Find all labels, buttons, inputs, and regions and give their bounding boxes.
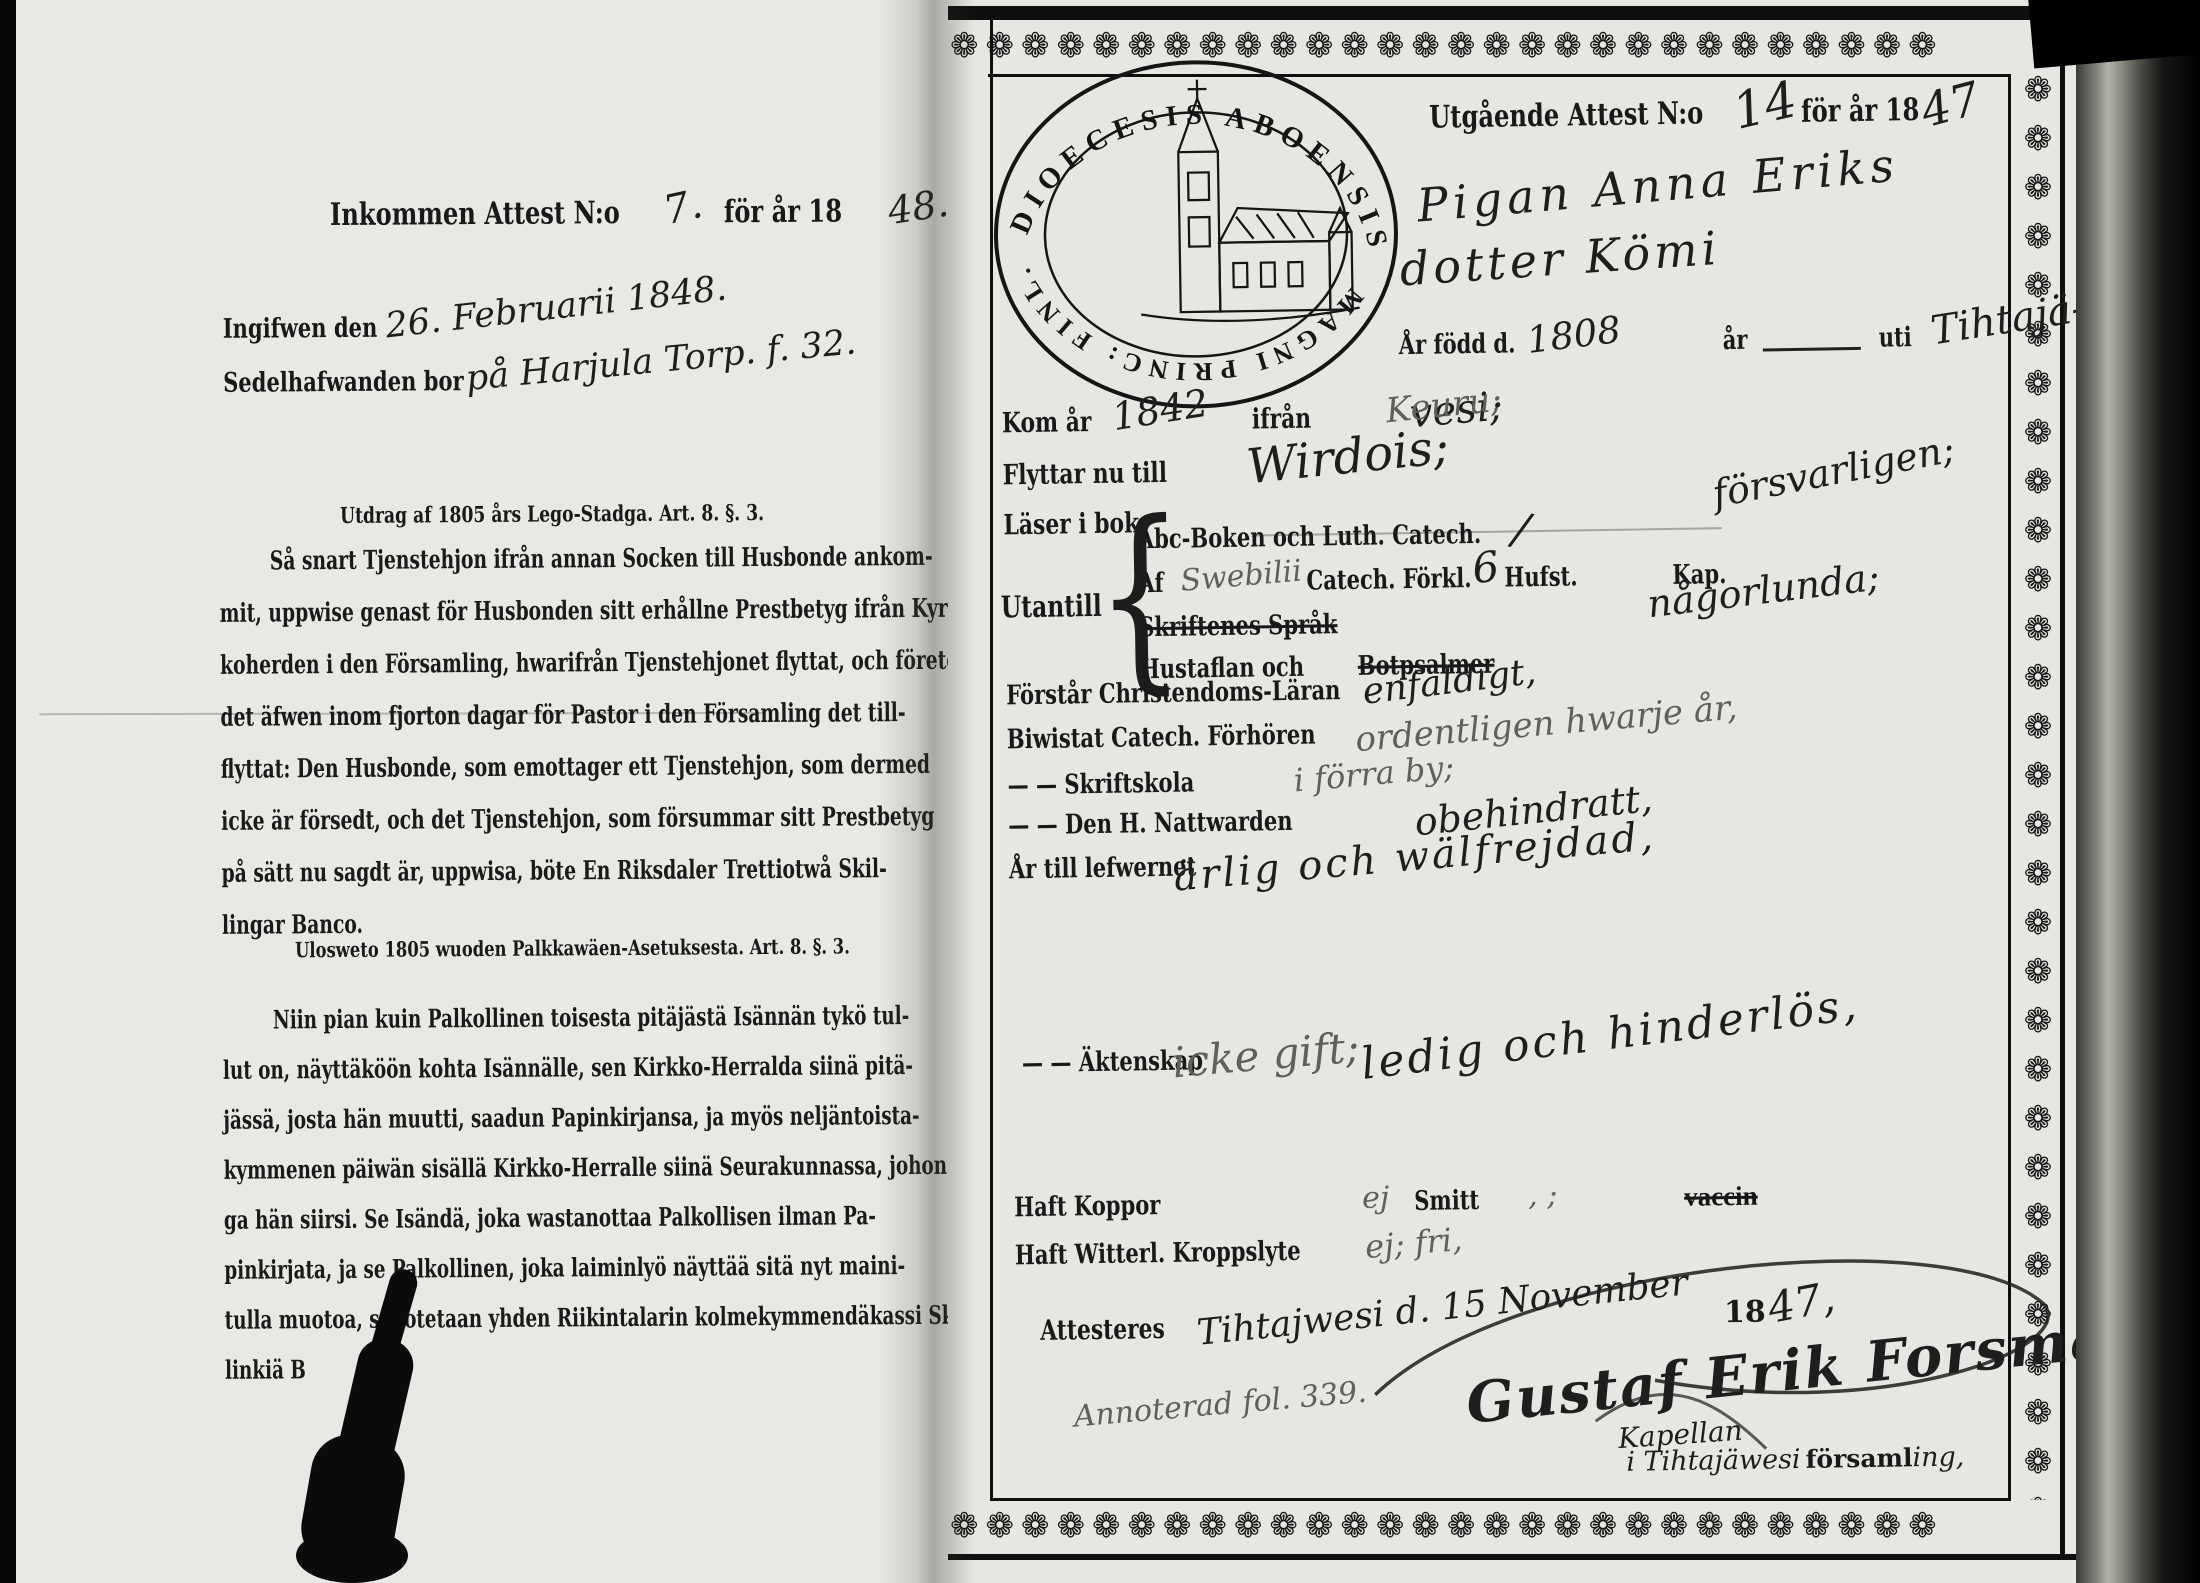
annotation-note: Annoterad fol. 339. — [1072, 1375, 1368, 1435]
ingifwen-label: Ingifwen den — [223, 313, 378, 345]
marriage-value-1: icke gift; — [1170, 1022, 1361, 1087]
marriage-value-2: ledig och hinderlös, — [1358, 979, 1862, 1090]
inkommen-attest-label: Inkommen Attest N:o — [330, 195, 620, 233]
born-year-value: 1808 — [1524, 308, 1623, 362]
came-from-word: ifrån — [1252, 402, 1312, 436]
diocese-seal: DIOECESIS ABOENSIS. MAGNI PRINC: FINL. — [978, 36, 1414, 433]
law-text-line: på sätt nu sagdt är, uppwisa, böte En Ri… — [221, 844, 783, 900]
law-sv-paragraph: Så snart Tjenstehjon ifrån annan Socken … — [219, 532, 783, 952]
utantill-item2-suffix: Hufst. — [1504, 561, 1578, 593]
law-text-line: flyttat: Den Husbonde, som emottager ett… — [221, 740, 783, 796]
inkommen-attest-year-label: för år 18 — [724, 193, 842, 230]
row-catech-label: Biwistat Catech. Förhören — [1007, 720, 1316, 756]
residence-label: Sedelhafwanden bor — [223, 366, 464, 399]
utantill-item3-struck: Skriftenes Språk — [1139, 609, 1338, 643]
law-text-line: icke är försedt, och det Tjenstehjon, so… — [221, 792, 783, 848]
born-year-word: år — [1722, 325, 1747, 356]
came-label: Kom år — [1002, 405, 1092, 439]
book-right-edge — [2076, 0, 2200, 1583]
svg-text:MAGNI PRINC: FINL.: MAGNI PRINC: FINL. — [1004, 253, 1370, 390]
utgaende-attest-label: Utgående Attest N:o — [1429, 95, 1704, 135]
law-text-line: ga hän siirsi. Se Isändä, joka wastanott… — [224, 1192, 793, 1246]
pox-smitt-label: Smitt — [1414, 1185, 1479, 1217]
law-fi-paragraph: Niin pian kuin Palkollinen toisesta pitä… — [222, 992, 794, 1396]
law-text-line: Niin pian kuin Palkollinen toisesta pitä… — [222, 992, 791, 1046]
person-name-line1: Pigan Anna Eriks — [1415, 138, 1901, 233]
utgaende-attest-year: 47 — [1915, 71, 1985, 138]
row-skriftskola-value: i förra by; — [1292, 748, 1455, 800]
law-text-line: linkiä B — [225, 1342, 794, 1396]
utantill-item2-number: 6 — [1469, 541, 1501, 593]
born-dash — [1763, 347, 1861, 351]
law-text-line: pinkirjata, ja se Palkollinen, joka laim… — [224, 1242, 793, 1296]
born-uti-word: uti — [1878, 322, 1912, 354]
inkommen-attest-year: 48. — [885, 181, 951, 233]
ink-smudge-blob — [296, 1528, 408, 1583]
row-nattwarden-label: — — Den H. Nattwarden — [1008, 806, 1293, 841]
utgaende-attest-number: 14 — [1727, 70, 1802, 141]
residence-value: på Harjula Torp. f. 32. — [464, 322, 858, 399]
utantill-item1: Abc-Boken och Luth. Catech. — [1138, 519, 1482, 555]
seal-top-text: DIOECESIS ABOENSIS. — [978, 36, 1396, 264]
pox-vaccin-struck: vaccin — [1684, 1181, 1758, 1213]
pox-label: Haft Koppor — [1014, 1190, 1161, 1223]
law-text-line: mit, uppwise genast för Husbonden sitt e… — [220, 584, 782, 640]
law-text-line: jässä, josta hän muutti, saadun Papinkir… — [223, 1092, 792, 1146]
law-text-line: koherden i den Församling, hwarifrån Tje… — [220, 636, 782, 692]
certificate-page: ❁❁❁❁❁❁❁❁❁❁❁❁❁❁❁❁❁❁❁❁❁❁❁❁❁❁❁❁ ❁❁❁❁❁❁❁❁❁❁❁… — [948, 0, 2076, 1583]
law-text-line: det äfwen inom fjorton dagar för Pastor … — [220, 688, 782, 744]
row-lefwernet-label: År till lefwernet — [1009, 851, 1197, 885]
attesteres-label: Attesteres — [1040, 1312, 1165, 1347]
svg-text:DIOECESIS ABOENSIS.: DIOECESIS ABOENSIS. — [978, 36, 1396, 264]
utantill-item2-text: Catech. Förkl. — [1306, 563, 1472, 597]
left-page: Inkommen Attest N:o 7. för år 18 48. Ing… — [16, 0, 948, 1583]
utantill-item2-prefix: Af — [1138, 568, 1164, 599]
defect-label: Haft Witterl. Kroppslyte — [1015, 1236, 1301, 1271]
law-text-line: kymmenen päiwän sisällä Kirkko-Herralle … — [223, 1142, 792, 1196]
reads-value: försvarligen; — [1709, 427, 1958, 517]
row-skriftskola-label: — — Skriftskola — [1007, 767, 1194, 801]
person-name-line2: dotter Kömi — [1398, 221, 1722, 297]
pox-pre-value: ej — [1362, 1180, 1390, 1215]
born-label: År född d. — [1399, 328, 1516, 361]
inkommen-attest-number: 7. — [659, 181, 706, 234]
law-sv-heading: Utdrag af 1805 års Lego-Stadga. Art. 8. … — [340, 500, 764, 529]
ingifwen-value: 26. Februarii 1848. — [383, 268, 728, 346]
born-place: Tihtajä- — [1928, 285, 2088, 354]
utantill-item2-insert: Swebilii — [1179, 554, 1303, 599]
law-text-line: lut on, näyttäköön kohta Isännälle, sen … — [223, 1042, 792, 1096]
law-text-line: tulla muotoa, sakotetaan yhden Riikintal… — [225, 1292, 794, 1346]
utgaende-attest-year-label: för år 18 — [1801, 92, 1920, 130]
utantill-label: Utantill — [1001, 589, 1102, 626]
seal-bottom-text: MAGNI PRINC: FINL. — [1004, 253, 1370, 390]
law-fi-heading: Ulosweto 1805 wuoden Palkkawäen-Asetukse… — [295, 933, 850, 962]
law-text-line: Så snart Tjenstehjon ifrån annan Socken … — [219, 532, 781, 588]
pox-post-value: , ; — [1528, 1178, 1558, 1213]
row-christendom-label: Förstår Christendoms-Läran — [1006, 675, 1341, 711]
